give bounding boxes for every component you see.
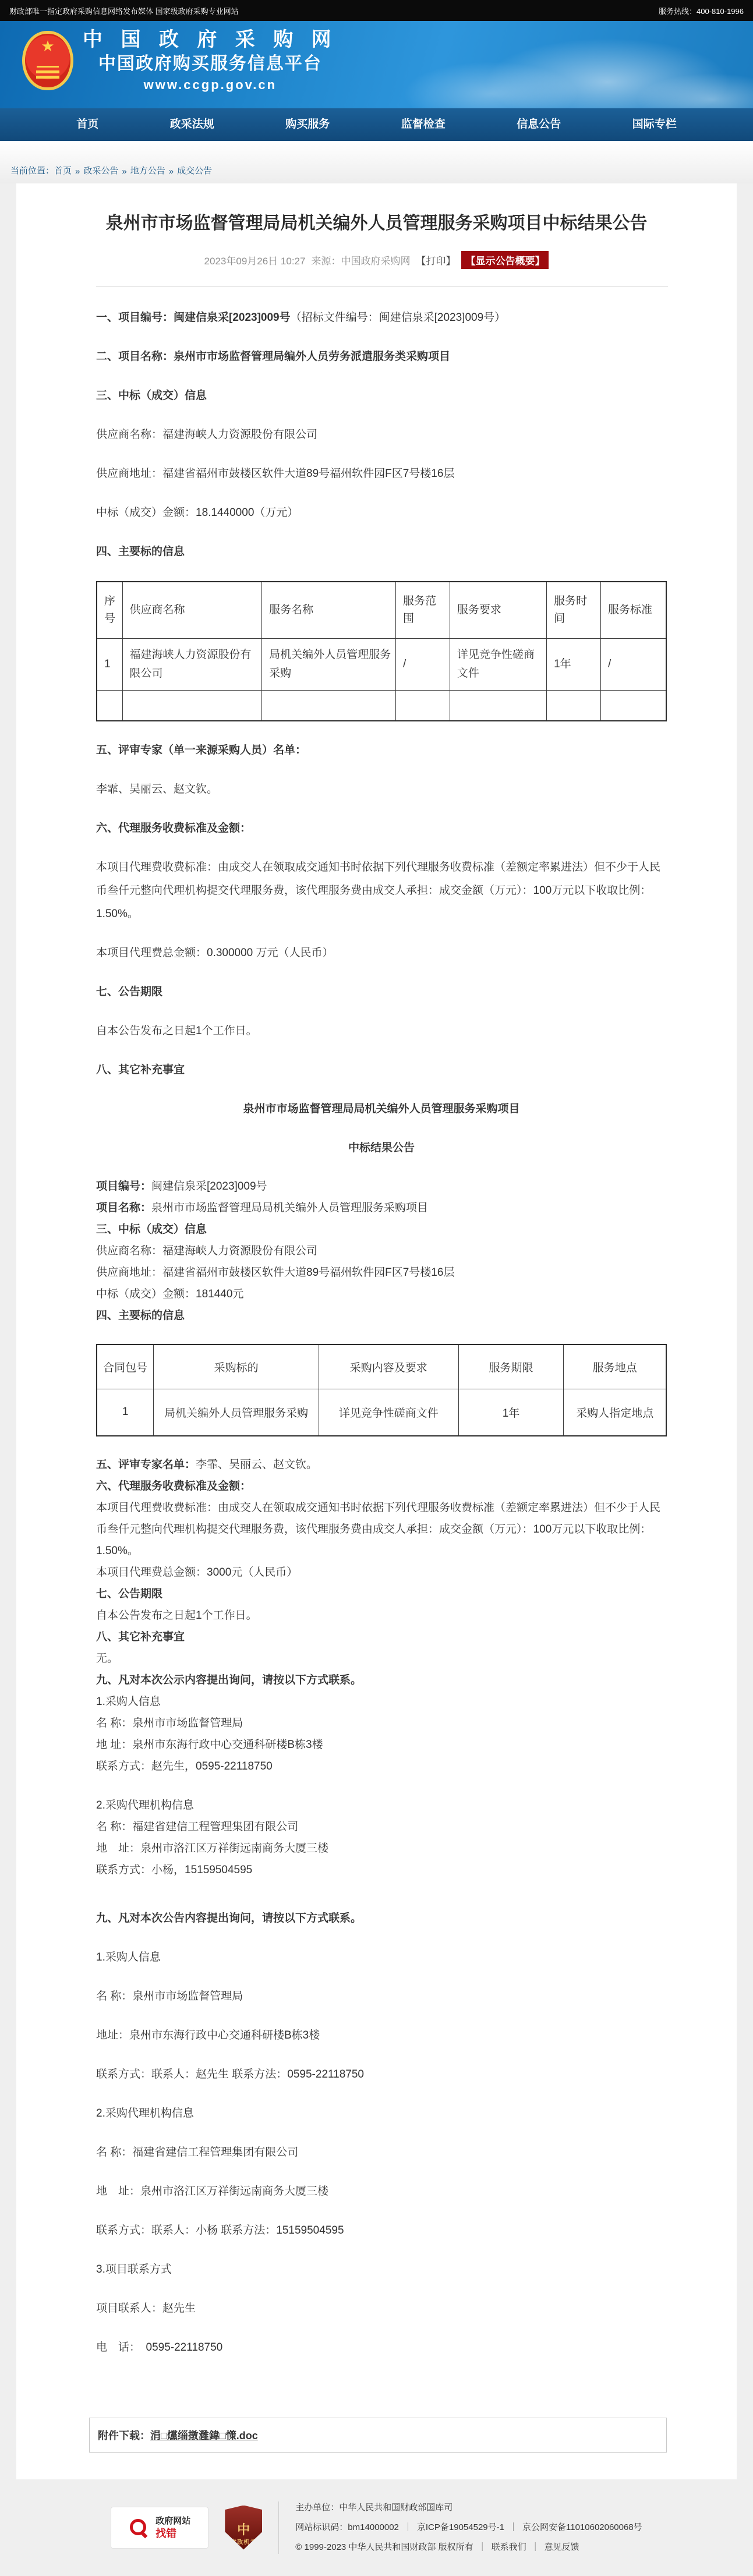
find-error-badge-top-text: 政府网站 xyxy=(155,2515,190,2527)
announcement-section-2: 项目编号：闽建信泉采[2023]009号 项目名称：泉州市市场监督管理局局机关编… xyxy=(96,1176,667,1881)
table-header-cell: 合同包号 xyxy=(97,1344,154,1389)
nav-item-purchase-services[interactable]: 购买服务 xyxy=(285,108,330,141)
gov-site-find-error-badge[interactable]: 政府网站 找错 xyxy=(111,2507,208,2549)
table-header-cell: 服务标准 xyxy=(601,582,667,639)
table-cell: 1年 xyxy=(458,1389,564,1436)
table-cell: / xyxy=(601,639,667,691)
announcement-body: 一、项目编号：闽建信泉采[2023]009号（招标文件编号：闽建信泉采[2023… xyxy=(16,287,737,2453)
article-date: 2023年09月26日 10:27 xyxy=(204,253,306,267)
supplement-heading-2: 八、其它补充事宜 xyxy=(96,1626,667,1648)
table-header-cell: 供应商名称 xyxy=(122,582,262,639)
show-summary-button[interactable]: 【显示公告概要】 xyxy=(461,251,549,269)
table-cell: 详见竞争性磋商文件 xyxy=(319,1389,458,1436)
breadcrumb-link-home[interactable]: 首页 xyxy=(54,164,72,176)
award-amount-line: 中标（成交）金额：18.1440000（万元） xyxy=(96,501,667,525)
project-name-line-2: 项目名称：泉州市市场监督管理局局机关编外人员管理服务采购项目 xyxy=(96,1197,667,1219)
nav-item-home[interactable]: 首页 xyxy=(76,108,98,141)
attachment-box: 附件下载：涓□爣缁撴灉鍏□憡.doc xyxy=(89,2418,667,2453)
purchaser-address-line: 地 址：泉州市东海行政中心交通科研楼B栋3楼 xyxy=(96,1734,667,1756)
sub-announcement-title-line2: 中标结果公告 xyxy=(96,1137,667,1160)
feedback-link[interactable]: 意见反馈 xyxy=(545,2542,579,2552)
table-cell: 福建海峡人力资源股份有限公司 xyxy=(122,639,262,691)
supplement-none-line: 无。 xyxy=(96,1648,667,1669)
contact-us-link[interactable]: 联系我们 xyxy=(492,2542,526,2552)
agency-fee-standard-para-2: 本项目代理费收费标准：由成交人在领取成交通知书时依据下列代理服务收费标准（差额定… xyxy=(96,1497,667,1562)
table-cell xyxy=(122,691,262,721)
page-title: 泉州市市场监督管理局局机关编外人员管理服务采购项目中标结果公告 xyxy=(57,211,696,236)
contract-package-table: 合同包号 采购标的 采购内容及要求 服务期限 服务地点 1 局机关编外人员管理服… xyxy=(96,1344,667,1436)
announcement-section-3: 九、凡对本次公告内容提出询问，请按以下方式联系。 1.采购人信息 名 称：泉州市… xyxy=(96,1907,667,2359)
table-cell: 采购人指定地点 xyxy=(564,1389,666,1436)
table-row: 1 局机关编外人员管理服务采购 详见竞争性磋商文件 1年 采购人指定地点 xyxy=(97,1389,666,1436)
purchaser-contact-line-2: 联系方式：联系人：赵先生 联系方法：0595-22118750 xyxy=(96,2063,667,2086)
article-header: 泉州市市场监督管理局局机关编外人员管理服务采购项目中标结果公告 2023年09月… xyxy=(16,183,737,287)
agency-address-line: 地 址：泉州市洛江区万祥街远南商务大厦三楼 xyxy=(96,1838,667,1859)
attachment-label: 附件下载： xyxy=(98,2430,150,2441)
supplement-heading: 八、其它补充事宜 xyxy=(96,1059,667,1082)
agency-fee-total-line: 本项目代理费总金额：0.300000 万元（人民币） xyxy=(96,942,667,965)
table-cell: 1 xyxy=(97,1389,154,1436)
experts-heading: 五、评审专家（单一来源采购人员）名单： xyxy=(96,739,667,762)
article-meta: 2023年09月26日 10:27 来源：中国政府采购网 【打印】 【显示公告概… xyxy=(16,251,737,269)
table-header-cell: 服务要求 xyxy=(450,582,546,639)
breadcrumb-label: 当前位置： xyxy=(10,164,54,176)
table-cell: 局机关编外人员管理服务采购 xyxy=(154,1389,319,1436)
agency-info-heading-2: 2.采购代理机构信息 xyxy=(96,2102,667,2125)
nav-item-announcements[interactable]: 信息公告 xyxy=(517,108,561,141)
breadcrumb-link-deal-results[interactable]: 成交公告 xyxy=(177,164,212,176)
purchaser-info-heading-2: 1.采购人信息 xyxy=(96,1946,667,1969)
party-badge-label: 党政机关 xyxy=(231,2537,256,2546)
site-slogan: 财政部唯一指定政府采购信息网络发布媒体 国家级政府采购专业网站 xyxy=(9,5,239,16)
table-cell xyxy=(395,691,450,721)
agency-address-line-2: 地 址：泉州市洛江区万祥街远南商务大厦三楼 xyxy=(96,2180,667,2203)
site-banner: 中 国 政 府 采 购 网 中国政府购买服务信息平台 www.ccgp.gov.… xyxy=(0,21,753,108)
article-card: 泉州市市场监督管理局局机关编外人员管理服务采购项目中标结果公告 2023年09月… xyxy=(16,183,737,2479)
footer-host-line: 主办单位：中华人民共和国财政部国库司 xyxy=(295,2498,642,2518)
agency-fee-standard-para: 本项目代理费收费标准：由成交人在领取成交通知书时依据下列代理服务收费标准（差额定… xyxy=(96,856,667,926)
table-header-row: 合同包号 采购标的 采购内容及要求 服务期限 服务地点 xyxy=(97,1344,666,1389)
table-cell: 1 xyxy=(97,639,122,691)
experts-names-line-2: 五、评审专家名单：李霏、吴丽云、赵文钦。 xyxy=(96,1454,667,1475)
table-header-cell: 采购内容及要求 xyxy=(319,1344,458,1389)
table-cell xyxy=(601,691,667,721)
print-button[interactable]: 【打印】 xyxy=(416,253,455,267)
supplier-address-line-2: 供应商地址：福建省福州市鼓楼区软件大道89号福州软件园F区7号楼16层 xyxy=(96,1262,667,1283)
article-source: 来源：中国政府采购网 xyxy=(311,253,410,267)
breadcrumb-link-local[interactable]: 地方公告 xyxy=(130,164,165,176)
main-navigation: 首页 政采法规 购买服务 监督检查 信息公告 国际专栏 xyxy=(0,108,753,141)
site-logo[interactable]: 中 国 政 府 采 购 网 中国政府购买服务信息平台 www.ccgp.gov.… xyxy=(22,27,338,94)
award-amount-line-2: 中标（成交）金额：181440元 xyxy=(96,1283,667,1305)
breadcrumb-separator: » xyxy=(122,167,126,176)
magnifier-icon xyxy=(129,2518,149,2538)
project-name-line: 二、项目名称：泉州市市场监督管理局编外人员劳务派遣服务类采购项目 xyxy=(96,345,667,369)
party-emblem-icon: 中 xyxy=(237,2523,250,2537)
announcement-section-1: 一、项目编号：闽建信泉采[2023]009号（招标文件编号：闽建信泉采[2023… xyxy=(96,306,667,1160)
police-record-link[interactable]: 京公网安备11010602060068号 xyxy=(522,2522,642,2532)
award-info-heading: 三、中标（成交）信息 xyxy=(96,384,667,408)
table-row: 1 福建海峡人力资源股份有限公司 局机关编外人员管理服务采购 / 详见竞争性磋商… xyxy=(97,639,666,691)
site-subtitle: 中国政府购买服务信息平台 xyxy=(83,52,338,76)
footer-text-block: 主办单位：中华人民共和国财政部国库司 网站标识码：bm14000002｜京ICP… xyxy=(295,2498,642,2557)
service-hotline: 服务热线：400-810-1996 xyxy=(659,5,744,16)
purchaser-name-line-2: 名 称：泉州市市场监督管理局 xyxy=(96,1985,667,2008)
agency-info-heading: 2.采购代理机构信息 xyxy=(96,1795,667,1816)
inquiry-heading-publicity: 九、凡对本次公示内容提出询问，请按以下方式联系。 xyxy=(96,1669,667,1691)
project-number-line-2: 项目编号：闽建信泉采[2023]009号 xyxy=(96,1176,667,1197)
table-cell: 1年 xyxy=(547,639,601,691)
nav-item-regulations[interactable]: 政采法规 xyxy=(170,108,214,141)
table-cell xyxy=(97,691,122,721)
agency-fee-total-line-2: 本项目代理费总金额：3000元（人民币） xyxy=(96,1562,667,1583)
table-header-cell: 服务地点 xyxy=(564,1344,666,1389)
attachment-link[interactable]: 涓□爣缁撴灉鍏□憡.doc xyxy=(150,2430,258,2441)
agency-name-line-2: 名 称：福建省建信工程管理集团有限公司 xyxy=(96,2141,667,2164)
top-utility-bar: 财政部唯一指定政府采购信息网络发布媒体 国家级政府采购专业网站 服务热线：400… xyxy=(0,0,753,21)
breadcrumb-separator: » xyxy=(75,167,80,176)
table-header-cell: 服务时间 xyxy=(547,582,601,639)
breadcrumb-separator: » xyxy=(169,167,174,176)
footer-divider xyxy=(278,2501,279,2554)
agency-contact-line-2: 联系方式：联系人：小杨 联系方法：15159504595 xyxy=(96,2219,667,2242)
table-header-row: 序号 供应商名称 服务名称 服务范围 服务要求 服务时间 服务标准 xyxy=(97,582,666,639)
table-cell xyxy=(262,691,396,721)
main-subject-heading: 四、主要标的信息 xyxy=(96,540,667,564)
project-contact-heading: 3.项目联系方式 xyxy=(96,2258,667,2281)
announcement-period-heading-2: 七、公告期限 xyxy=(96,1583,667,1605)
footer-id-line: 网站标识码：bm14000002｜京ICP备19054529号-1｜京公网安备1… xyxy=(295,2518,642,2538)
main-bid-info-table: 序号 供应商名称 服务名称 服务范围 服务要求 服务时间 服务标准 1 福建海峡… xyxy=(96,581,667,721)
supplier-name-line: 供应商名称：福建海峡人力资源股份有限公司 xyxy=(96,423,667,447)
supplier-name-line-2: 供应商名称：福建海峡人力资源股份有限公司 xyxy=(96,1240,667,1262)
footer-copyright-line: © 1999-2023 中华人民共和国财政部 版权所有｜联系我们｜意见反馈 xyxy=(295,2538,642,2557)
table-cell: 详见竞争性磋商文件 xyxy=(450,639,546,691)
announcement-period-heading: 七、公告期限 xyxy=(96,981,667,1004)
site-url: www.ccgp.gov.cn xyxy=(83,76,338,94)
table-cell: 局机关编外人员管理服务采购 xyxy=(262,639,396,691)
site-id-code: 网站标识码：bm14000002 xyxy=(295,2522,399,2532)
sub-announcement-title-line1: 泉州市市场监督管理局局机关编外人员管理服务采购项目 xyxy=(96,1098,667,1121)
purchaser-address-line-2: 地址：泉州市东海行政中心交通科研楼B栋3楼 xyxy=(96,2024,667,2047)
table-header-cell: 服务名称 xyxy=(262,582,396,639)
award-info-heading-2: 三、中标（成交）信息 xyxy=(96,1219,667,1240)
table-header-cell: 服务范围 xyxy=(395,582,450,639)
experts-names-line: 李霏、吴丽云、赵文钦。 xyxy=(96,778,667,801)
page-footer: 政府网站 找错 中 党政机关 主办单位：中华人民共和国财政部国库司 网站标识码：… xyxy=(0,2479,753,2576)
icp-license-link[interactable]: 京ICP备19054529号-1 xyxy=(417,2522,504,2532)
table-cell: / xyxy=(395,639,450,691)
project-contact-person-line: 项目联系人：赵先生 xyxy=(96,2297,667,2320)
agency-contact-line: 联系方式：小杨，15159504595 xyxy=(96,1859,667,1881)
purchaser-info-heading: 1.采购人信息 xyxy=(96,1691,667,1712)
project-number-line: 一、项目编号：闽建信泉采[2023]009号（招标文件编号：闽建信泉采[2023… xyxy=(96,306,667,330)
table-header-cell: 采购标的 xyxy=(154,1344,319,1389)
agency-fee-heading: 六、代理服务收费标准及金额： xyxy=(96,817,667,840)
find-error-badge-bottom-text: 找错 xyxy=(155,2527,190,2540)
table-header-cell: 序号 xyxy=(97,582,122,639)
table-cell xyxy=(547,691,601,721)
announcement-period-line: 自本公告发布之日起1个工作日。 xyxy=(96,1020,667,1043)
inquiry-heading-announcement: 九、凡对本次公告内容提出询问，请按以下方式联系。 xyxy=(96,1907,667,1930)
main-subject-heading-2: 四、主要标的信息 xyxy=(96,1305,667,1326)
agency-name-line: 名 称：福建省建信工程管理集团有限公司 xyxy=(96,1816,667,1838)
purchaser-name-line: 名 称：泉州市市场监督管理局 xyxy=(96,1712,667,1734)
table-header-cell: 服务期限 xyxy=(458,1344,564,1389)
nav-item-supervision[interactable]: 监督检查 xyxy=(401,108,446,141)
table-cell xyxy=(450,691,546,721)
national-emblem-icon xyxy=(22,31,73,90)
project-contact-phone-line: 电 话： 0595-22118750 xyxy=(96,2336,667,2359)
nav-item-international[interactable]: 国际专栏 xyxy=(632,108,677,141)
party-gov-org-badge[interactable]: 中 党政机关 xyxy=(225,2506,262,2550)
supplier-address-line: 供应商地址：福建省福州市鼓楼区软件大道89号福州软件园F区7号楼16层 xyxy=(96,462,667,486)
announcement-period-line-2: 自本公告发布之日起1个工作日。 xyxy=(96,1605,667,1626)
table-row-empty xyxy=(97,691,666,721)
site-title: 中 国 政 府 采 购 网 xyxy=(83,27,338,52)
copyright-text: © 1999-2023 中华人民共和国财政部 版权所有 xyxy=(295,2542,473,2552)
purchaser-contact-line: 联系方式：赵先生，0595-22118750 xyxy=(96,1756,667,1777)
breadcrumb: 当前位置： 首页 » 政采公告 » 地方公告 » 成交公告 xyxy=(0,141,753,183)
agency-fee-heading-2: 六、代理服务收费标准及金额： xyxy=(96,1475,667,1497)
breadcrumb-link-announcements[interactable]: 政采公告 xyxy=(83,164,118,176)
